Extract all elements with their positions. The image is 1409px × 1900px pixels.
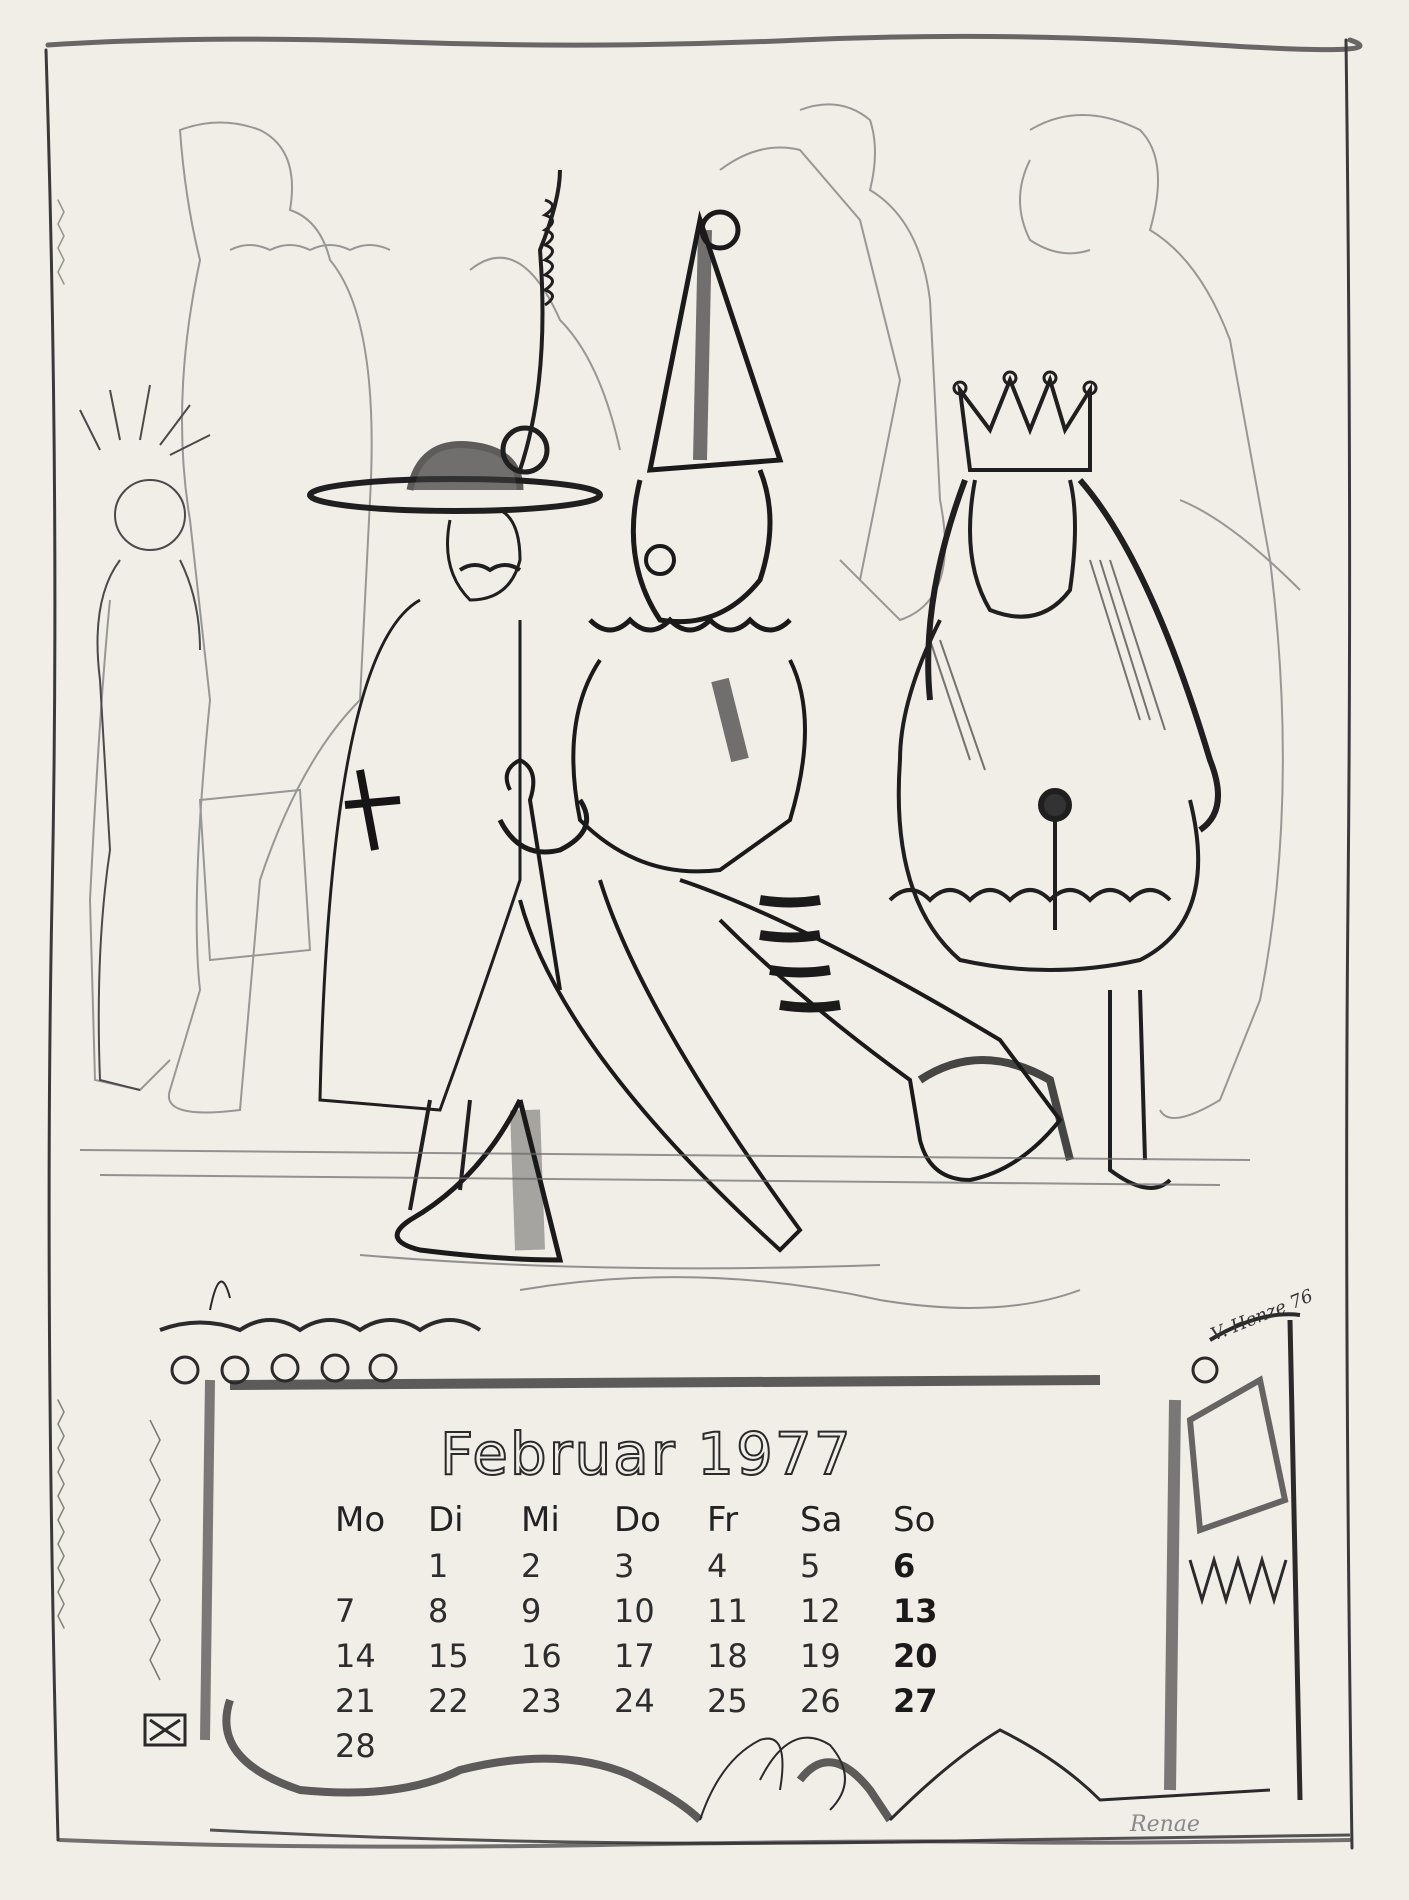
pencil-signature: Renae [1130,1812,1200,1837]
day-cell-sunday: 6 [893,1547,986,1585]
weekday-do: Do [614,1500,707,1540]
day-cell: 14 [335,1637,428,1675]
day-cell: 16 [521,1637,614,1675]
weekday-di: Di [428,1500,521,1540]
day-cell: 23 [521,1682,614,1720]
weekday-mo: Mo [335,1500,428,1540]
day-cell-sunday: 27 [893,1682,986,1720]
day-cell: 18 [707,1637,800,1675]
week-row: 1 2 3 4 5 6 [335,1540,986,1585]
day-cell: 9 [521,1592,614,1630]
day-cell: 22 [428,1682,521,1720]
day-cell-sunday: 20 [893,1637,986,1675]
day-cell: 25 [707,1682,800,1720]
weekday-header-row: Mo Di Mi Do Fr Sa So [335,1495,986,1540]
day-cell: 28 [335,1727,428,1765]
weekday-so: So [893,1500,986,1540]
day-cell: 24 [614,1682,707,1720]
day-cell: 21 [335,1682,428,1720]
week-row: 7 8 9 10 11 12 13 [335,1585,986,1630]
calendar-page: Februar 1977 Mo Di Mi Do Fr Sa So 1 2 3 … [0,0,1409,1900]
weekday-sa: Sa [800,1500,893,1540]
day-cell: 3 [614,1547,707,1585]
day-cell: 8 [428,1592,521,1630]
day-cell: 11 [707,1592,800,1630]
week-row: 14 15 16 17 18 19 20 [335,1630,986,1675]
day-cell: 19 [800,1637,893,1675]
week-row: 28 [335,1720,986,1765]
day-cell: 15 [428,1637,521,1675]
day-cell: 1 [428,1547,521,1585]
day-cell-sunday: 13 [893,1592,986,1630]
day-cell: 10 [614,1592,707,1630]
jester-figure [397,212,1070,1260]
musketeer-figure [310,170,600,1210]
weekday-fr: Fr [707,1500,800,1540]
day-cell: 12 [800,1592,893,1630]
calendar-title: Februar 1977 [440,1420,1000,1488]
day-cell: 7 [335,1592,428,1630]
day-cell: 2 [521,1547,614,1585]
weekday-mi: Mi [521,1500,614,1540]
week-row: 21 22 23 24 25 26 27 [335,1675,986,1720]
calendar-grid: Mo Di Mi Do Fr Sa So 1 2 3 4 5 6 7 8 9 1… [335,1495,986,1765]
year-label: 1977 [697,1420,853,1488]
day-cell: 4 [707,1547,800,1585]
ground [80,1150,1250,1308]
day-cell: 26 [800,1682,893,1720]
day-cell: 5 [800,1547,893,1585]
day-cell: 17 [614,1637,707,1675]
month-label: Februar [440,1420,677,1488]
